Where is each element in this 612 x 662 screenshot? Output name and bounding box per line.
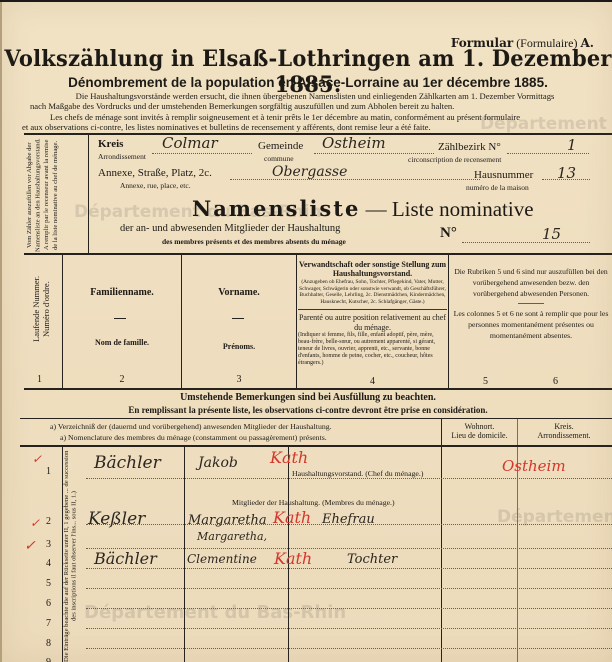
col1-de: Laufende Nummer.	[31, 276, 41, 342]
row-1-religion-mark: Kath	[270, 448, 308, 467]
col4-de-note: (Anzugeben ob Ehefrau, Sohn, Tochter, Pf…	[298, 279, 447, 305]
column-header-3-fr: Prénoms.	[182, 342, 296, 351]
divider	[24, 253, 612, 255]
column-number-3: 3	[182, 374, 296, 385]
column-divider	[441, 419, 442, 662]
head-of-household-label: Haushaltungsvorstand. (Chef du ménage.)	[292, 469, 423, 478]
members-label: Mitglieder der Haushaltung. (Membres du …	[232, 498, 395, 507]
row-number: 5	[46, 578, 51, 589]
column-divider	[184, 447, 185, 662]
row-number: 2	[46, 516, 51, 527]
col5-header-de: Wohnort.	[442, 422, 517, 431]
section-a-fr: a) Nomenclature des membres du ménage (c…	[60, 433, 327, 442]
check-mark: ✓	[30, 516, 40, 530]
row-4-family-name[interactable]: Bächler	[94, 549, 157, 568]
divider	[20, 418, 612, 419]
kreis-label-fr: Arrondissement	[98, 152, 146, 161]
gemeinde-input[interactable]: Ostheim	[322, 134, 386, 152]
column-number-5: 5	[483, 376, 488, 387]
column-divider	[448, 255, 449, 388]
annexe-label-fr: Annexe, rue, place, etc.	[120, 181, 191, 190]
side-note-fr: A remplir par le recenseur avant la remi…	[43, 140, 59, 250]
check-mark: ✓	[32, 452, 42, 466]
list-title-fr: Liste nominative	[392, 197, 534, 221]
row-number: 6	[46, 598, 51, 609]
col4-fr-note: (Indiquer si femme, fils, fille, enfant …	[298, 332, 447, 367]
row-number: 8	[46, 638, 51, 649]
gemeinde-field-line	[314, 153, 434, 154]
annexe-input[interactable]: Obergasse	[272, 164, 347, 180]
columns-5-6-note: Die Rubriken 5 und 6 sind nur auszufülle…	[452, 266, 610, 341]
check-mark: ✓	[24, 538, 36, 554]
row-4-relation[interactable]: Tochter	[347, 552, 397, 567]
column-number-4: 4	[297, 376, 448, 387]
column-number-6: 6	[553, 376, 558, 387]
watermark: Département du Bas-Rhin	[84, 602, 346, 623]
divider	[24, 388, 612, 390]
annexe-label: Annexe, Straße, Platz, 2c.	[98, 167, 212, 179]
zaehlbezirk-input[interactable]: 1	[567, 136, 577, 154]
divider	[24, 133, 612, 135]
row-line	[86, 568, 612, 569]
instructions-fr-2: et aux observations ci-contre, les liste…	[22, 122, 582, 133]
annexe-field-line	[230, 179, 480, 180]
row-1-family-name[interactable]: Bächler	[94, 453, 161, 473]
column-number-1: 1	[37, 374, 42, 385]
column-header-1: Laufende Nummer. Numéro d'ordre.	[32, 264, 60, 354]
remarks-fr: En remplissant la présente liste, les ob…	[2, 405, 612, 415]
row-number: 3	[46, 539, 51, 550]
col4-de: Verwandtschaft oder sonstige Stellung zu…	[298, 260, 447, 278]
row-line	[86, 588, 612, 589]
row-line	[86, 628, 612, 629]
column-divider	[181, 255, 182, 388]
dash	[232, 318, 244, 319]
row-line	[86, 478, 612, 479]
list-number-field-line	[462, 242, 590, 243]
row-2-family-name[interactable]: Keßler	[88, 509, 145, 529]
kreis-input[interactable]: Colmar	[162, 134, 218, 152]
row-line	[86, 548, 612, 549]
zaehlbezirk-field-line	[507, 153, 589, 154]
enumerator-side-note: Vom Zähler auszufüllen vor Abgabe der Na…	[26, 136, 90, 254]
column-header-2-de: Familienname.	[63, 287, 181, 298]
divider	[298, 309, 447, 310]
list-subtitle-fr: des membres présents et des membres abse…	[162, 237, 346, 246]
column-header-2-fr: Nom de famille.	[63, 338, 181, 347]
list-number-input[interactable]: 15	[542, 225, 561, 243]
hausnummer-input[interactable]: 13	[557, 164, 576, 182]
kreis-field-line	[152, 153, 252, 154]
row-4-first-name[interactable]: Clementine	[187, 552, 257, 566]
divider	[88, 135, 89, 253]
list-title-sep: —	[366, 197, 387, 221]
col56-note-de: Die Rubriken 5 und 6 sind nur auszufülle…	[452, 266, 610, 299]
row-line	[86, 648, 612, 649]
list-title: Namensliste — Liste nominative	[192, 196, 534, 222]
row-2-first-name[interactable]: Margaretha	[188, 513, 267, 528]
row-1-domicile[interactable]: Ostheim	[502, 457, 566, 475]
column-divider	[62, 255, 63, 388]
col5-header: Wohnort. Lieu de domicile.	[442, 422, 517, 440]
row-line	[86, 608, 612, 609]
list-title-de: Namensliste	[192, 196, 360, 221]
census-form-page: Département du Bas-Rhin Département du B…	[0, 2, 612, 662]
row-number: 4	[46, 558, 51, 569]
col4-fr: Parenté ou autre position relativement a…	[298, 313, 447, 332]
zaehlbezirk-label-fr: circonscription de recensement	[408, 155, 501, 164]
gemeinde-label-fr: commune	[264, 154, 294, 163]
column-divider	[517, 419, 518, 662]
col56-note-fr: Les colonnes 5 et 6 ne sont à remplir qu…	[452, 308, 610, 341]
row-3-first-name[interactable]: Margaretha,	[197, 530, 267, 543]
table-side-note-de: Die Einträge beachte die auf der Rücksei…	[63, 495, 70, 662]
hausnummer-label: Hausnummer	[474, 169, 533, 181]
side-note-de: Vom Zähler auszufüllen vor Abgabe der Na…	[26, 138, 42, 252]
table-side-note: Die Einträge beachte die auf der Rücksei…	[63, 449, 85, 662]
list-number-label: N°	[440, 225, 457, 242]
row-number: 9	[46, 657, 51, 662]
gemeinde-label: Gemeinde	[258, 140, 303, 152]
col1-fr: Numéro d'ordre.	[41, 281, 51, 337]
row-2-religion-mark: Kath	[273, 508, 311, 527]
row-2-relation[interactable]: Ehefrau	[322, 512, 375, 527]
col6-header-de: Kreis.	[518, 422, 610, 431]
hausnummer-label-fr: numéro de la maison	[466, 183, 529, 192]
remarks-de: Umstehende Bemerkungen sind bei Ausfüllu…	[2, 392, 612, 403]
row-number: 7	[46, 618, 51, 629]
divider	[20, 445, 612, 447]
column-divider	[296, 255, 297, 388]
col5-header-fr: Lieu de domicile.	[442, 431, 517, 440]
kreis-label: Kreis	[98, 138, 123, 150]
instructions-de-2: nach Maßgabe des Vordrucks und der umste…	[30, 101, 480, 112]
title-french: Dénombrement de la population en Alsace-…	[2, 75, 612, 90]
column-header-3-de: Vorname.	[182, 287, 296, 298]
zaehlbezirk-label: Zählbezirk N°	[438, 141, 501, 153]
row-1-first-name[interactable]: Jakob	[198, 455, 238, 471]
column-header-4: Verwandtschaft oder sonstige Stellung zu…	[298, 260, 447, 367]
column-number-2: 2	[63, 374, 181, 385]
list-subtitle-de: der an- und abwesenden Mitglieder der Ha…	[120, 223, 340, 234]
row-4-religion-mark: Kath	[274, 549, 312, 568]
section-a-de: a) Verzeichniß der (dauernd und vorüberg…	[50, 422, 332, 431]
col6-header: Kreis. Arrondissement.	[518, 422, 610, 440]
divider	[518, 303, 544, 304]
dash	[114, 318, 126, 319]
col6-header-fr: Arrondissement.	[518, 431, 610, 440]
row-number: 1	[46, 466, 51, 477]
